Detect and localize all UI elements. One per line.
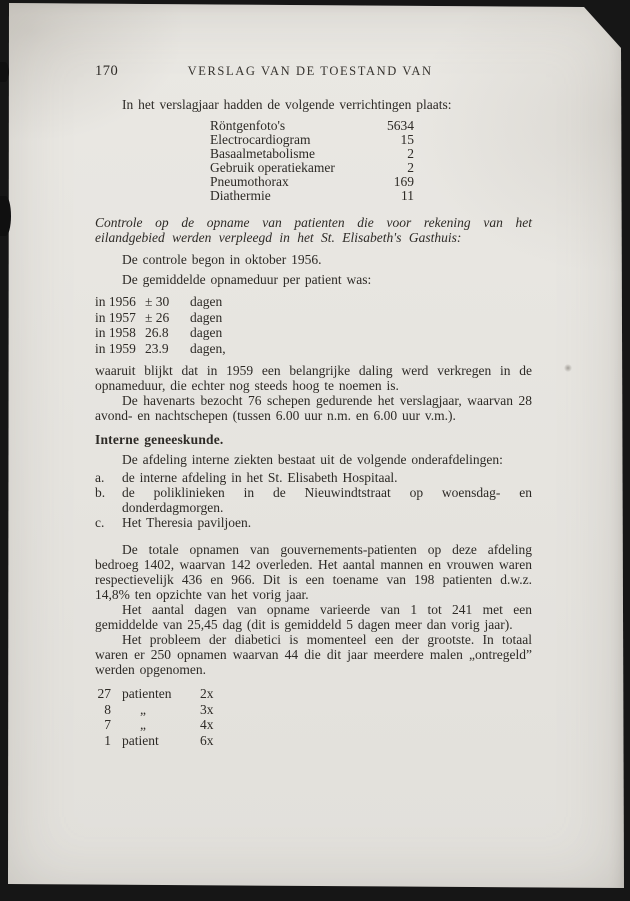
procedure-value: 5634: [387, 119, 414, 133]
procedure-value: 15: [401, 133, 415, 147]
page-number: 170: [95, 64, 118, 79]
table-row: Pneumothorax 169: [210, 175, 414, 189]
value: ± 30: [145, 294, 190, 310]
list-item: a. de interne afdeling in het St. Elisab…: [95, 470, 532, 485]
value: 23.9: [145, 341, 190, 357]
procedure-value: 2: [407, 161, 414, 175]
table-row: 27 patienten 2x: [95, 686, 532, 702]
count: 8: [95, 702, 111, 718]
conclusie-paragraph: waaruit blijkt dat in 1959 een belangrij…: [95, 363, 532, 393]
year: in 1958: [95, 325, 145, 341]
procedure-label: Electrocardiogram: [210, 133, 310, 147]
aantal-dagen-paragraph: Het aantal dagen van opname varieerde va…: [95, 602, 532, 632]
count: 27: [95, 686, 111, 702]
unit: dagen: [190, 294, 222, 310]
list-text: de poliklinieken in de Nieuwindtstraat o…: [122, 485, 532, 515]
table-row: 8 „ 3x: [95, 702, 532, 718]
diabetici-counts-table: 27 patienten 2x 8 „ 3x 7 „ 4x 1 patient: [95, 686, 532, 748]
interne-intro: De afdeling interne ziekten bestaat uit …: [95, 452, 532, 467]
table-row: Röntgenfoto's 5634: [210, 119, 414, 133]
running-header: VERSLAG VAN DE TOESTAND VAN: [118, 64, 532, 79]
scanned-report-page: 170 VERSLAG VAN DE TOESTAND VAN In het v…: [0, 0, 630, 901]
page-content: 170 VERSLAG VAN DE TOESTAND VAN In het v…: [95, 64, 532, 748]
table-row: Electrocardiogram 15: [210, 133, 414, 147]
list-marker: b.: [95, 485, 105, 500]
table-row: Diathermie 11: [210, 189, 414, 203]
opnameduur-list: in 1956 ± 30 dagen in 1957 ± 26 dagen in…: [95, 294, 532, 356]
year: in 1956: [95, 294, 145, 310]
verrichtingen-intro: In het verslagjaar hadden de volgende ve…: [95, 97, 532, 112]
times: 2x: [200, 686, 214, 702]
diabetici-paragraph: Het probleem der diabetici is momenteel …: [95, 632, 532, 677]
onderafdelingen-list: a. de interne afdeling in het St. Elisab…: [95, 470, 532, 530]
procedure-label: Röntgenfoto's: [210, 119, 285, 133]
label: patient: [122, 733, 200, 749]
controle-heading-italic: Controle op de opname van patienten die …: [95, 215, 532, 245]
havenarts-paragraph: De havenarts bezocht 76 schepen gedurend…: [95, 393, 532, 423]
value: 26.8: [145, 325, 190, 341]
procedure-label: Gebruik operatiekamer: [210, 161, 335, 175]
table-row: 1 patient 6x: [95, 733, 532, 749]
controle-begon: De controle begon in oktober 1956.: [95, 252, 532, 267]
count: 7: [95, 717, 111, 733]
scan-edge-notch: [0, 62, 9, 82]
times: 6x: [200, 733, 214, 749]
list-item: b. de poliklinieken in de Nieuwindtstraa…: [95, 485, 532, 515]
list-item: c. Het Theresia paviljoen.: [95, 515, 532, 530]
procedure-label: Diathermie: [210, 189, 271, 203]
ditto-mark: „: [122, 717, 200, 733]
ditto-mark: „: [122, 702, 200, 718]
procedure-value: 2: [407, 147, 414, 161]
label: patienten: [122, 686, 200, 702]
times: 4x: [200, 717, 214, 733]
year: in 1959: [95, 341, 145, 357]
list-text: Het Theresia paviljoen.: [122, 515, 251, 530]
list-item: in 1956 ± 30 dagen: [95, 294, 532, 310]
list-item: in 1957 ± 26 dagen: [95, 310, 532, 326]
procedure-label: Basaalmetabolisme: [210, 147, 315, 161]
list-text: de interne afdeling in het St. Elisabeth…: [122, 470, 398, 485]
page-header: 170 VERSLAG VAN DE TOESTAND VAN: [95, 64, 532, 80]
controle-gemiddelde: De gemiddelde opnameduur per patient was…: [95, 272, 532, 287]
section-heading-interne: Interne geneeskunde.: [95, 432, 532, 447]
totale-opnamen-paragraph: De totale opnamen van gouvernements-pati…: [95, 542, 532, 602]
count: 1: [95, 733, 111, 749]
list-marker: a.: [95, 470, 104, 485]
year: in 1957: [95, 310, 145, 326]
table-row: 7 „ 4x: [95, 717, 532, 733]
times: 3x: [200, 702, 214, 718]
scan-edge-notch: [0, 196, 11, 236]
table-row: Gebruik operatiekamer 2: [210, 161, 414, 175]
unit: dagen: [190, 325, 222, 341]
list-item: in 1959 23.9 dagen,: [95, 341, 532, 357]
procedure-label: Pneumothorax: [210, 175, 289, 189]
procedure-value: 11: [401, 189, 414, 203]
paper-sheet: 170 VERSLAG VAN DE TOESTAND VAN In het v…: [0, 0, 630, 901]
value: ± 26: [145, 310, 190, 326]
procedure-value: 169: [394, 175, 414, 189]
procedures-table: Röntgenfoto's 5634 Electrocardiogram 15 …: [210, 119, 414, 203]
list-item: in 1958 26.8 dagen: [95, 325, 532, 341]
paper-speck: [564, 364, 572, 372]
table-row: Basaalmetabolisme 2: [210, 147, 414, 161]
unit: dagen: [190, 310, 222, 326]
unit: dagen,: [190, 341, 226, 357]
list-marker: c.: [95, 515, 104, 530]
